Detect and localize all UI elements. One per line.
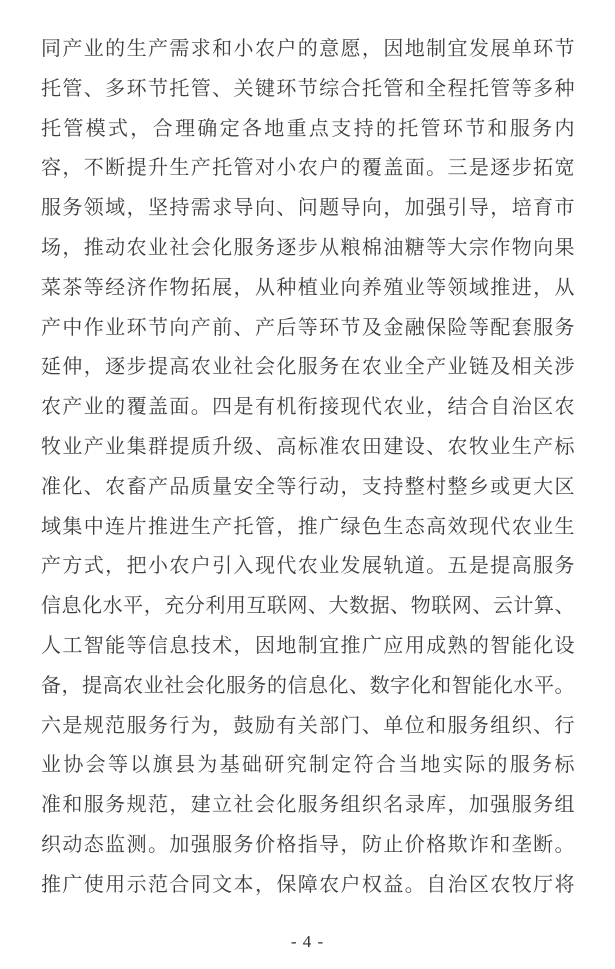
body-text-line: 域集中连片推进生产托管，推广绿色生态高效现代农业生 [41,508,575,548]
body-text-line: 同产业的生产需求和小农户的意愿，因地制宜发展单环节 [41,30,575,70]
body-text-line: 备，提高农业社会化服务的信息化、数字化和智能化水平。 [41,667,575,707]
body-text-line: 准化、农畜产品质量安全等行动，支持整村整乡或更大区 [41,468,575,508]
page-number: - 4 - [291,932,324,951]
body-text-line: 六是规范服务行为，鼓励有关部门、单位和服务组织、行 [41,707,575,747]
body-text-line: 托管、多环节托管、关键环节综合托管和全程托管等多种 [41,70,575,110]
body-text-line: 准和服务规范，建立社会化服务组织名录库，加强服务组 [41,786,575,826]
page-footer: - 4 - [0,932,615,952]
body-text-line: 托管模式，合理确定各地重点支持的托管环节和服务内 [41,110,575,150]
body-text-line: 牧业产业集群提质升级、高标准农田建设、农牧业生产标 [41,428,575,468]
body-text-line: 菜茶等经济作物拓展，从种植业向养殖业等领域推进，从 [41,269,575,309]
body-text-line: 场，推动农业社会化服务逐步从粮棉油糖等大宗作物向果 [41,229,575,269]
body-text-line: 业协会等以旗县为基础研究制定符合当地实际的服务标 [41,746,575,786]
body-text-line: 服务领域，坚持需求导向、问题导向，加强引导，培育市 [41,189,575,229]
body-text-line: 推广使用示范合同文本，保障农户权益。自治区农牧厅将 [41,866,575,906]
document-page: 同产业的生产需求和小农户的意愿，因地制宜发展单环节 托管、多环节托管、关键环节综… [0,0,615,969]
body-text-block: 同产业的生产需求和小农户的意愿，因地制宜发展单环节 托管、多环节托管、关键环节综… [41,30,575,906]
body-text-line: 织动态监测。加强服务价格指导，防止价格欺诈和垄断。 [41,826,575,866]
body-text-line: 产中作业环节向产前、产后等环节及金融保险等配套服务 [41,309,575,349]
body-text-line: 产方式，把小农户引入现代农业发展轨道。五是提高服务 [41,547,575,587]
body-text-line: 容，不断提升生产托管对小农户的覆盖面。三是逐步拓宽 [41,149,575,189]
body-text-line: 农产业的覆盖面。四是有机衔接现代农业，结合自治区农 [41,388,575,428]
body-text-line: 延伸，逐步提高农业社会化服务在农业全产业链及相关涉 [41,348,575,388]
body-text-line: 信息化水平，充分利用互联网、大数据、物联网、云计算、 [41,587,575,627]
body-text-line: 人工智能等信息技术，因地制宜推广应用成熟的智能化设 [41,627,575,667]
